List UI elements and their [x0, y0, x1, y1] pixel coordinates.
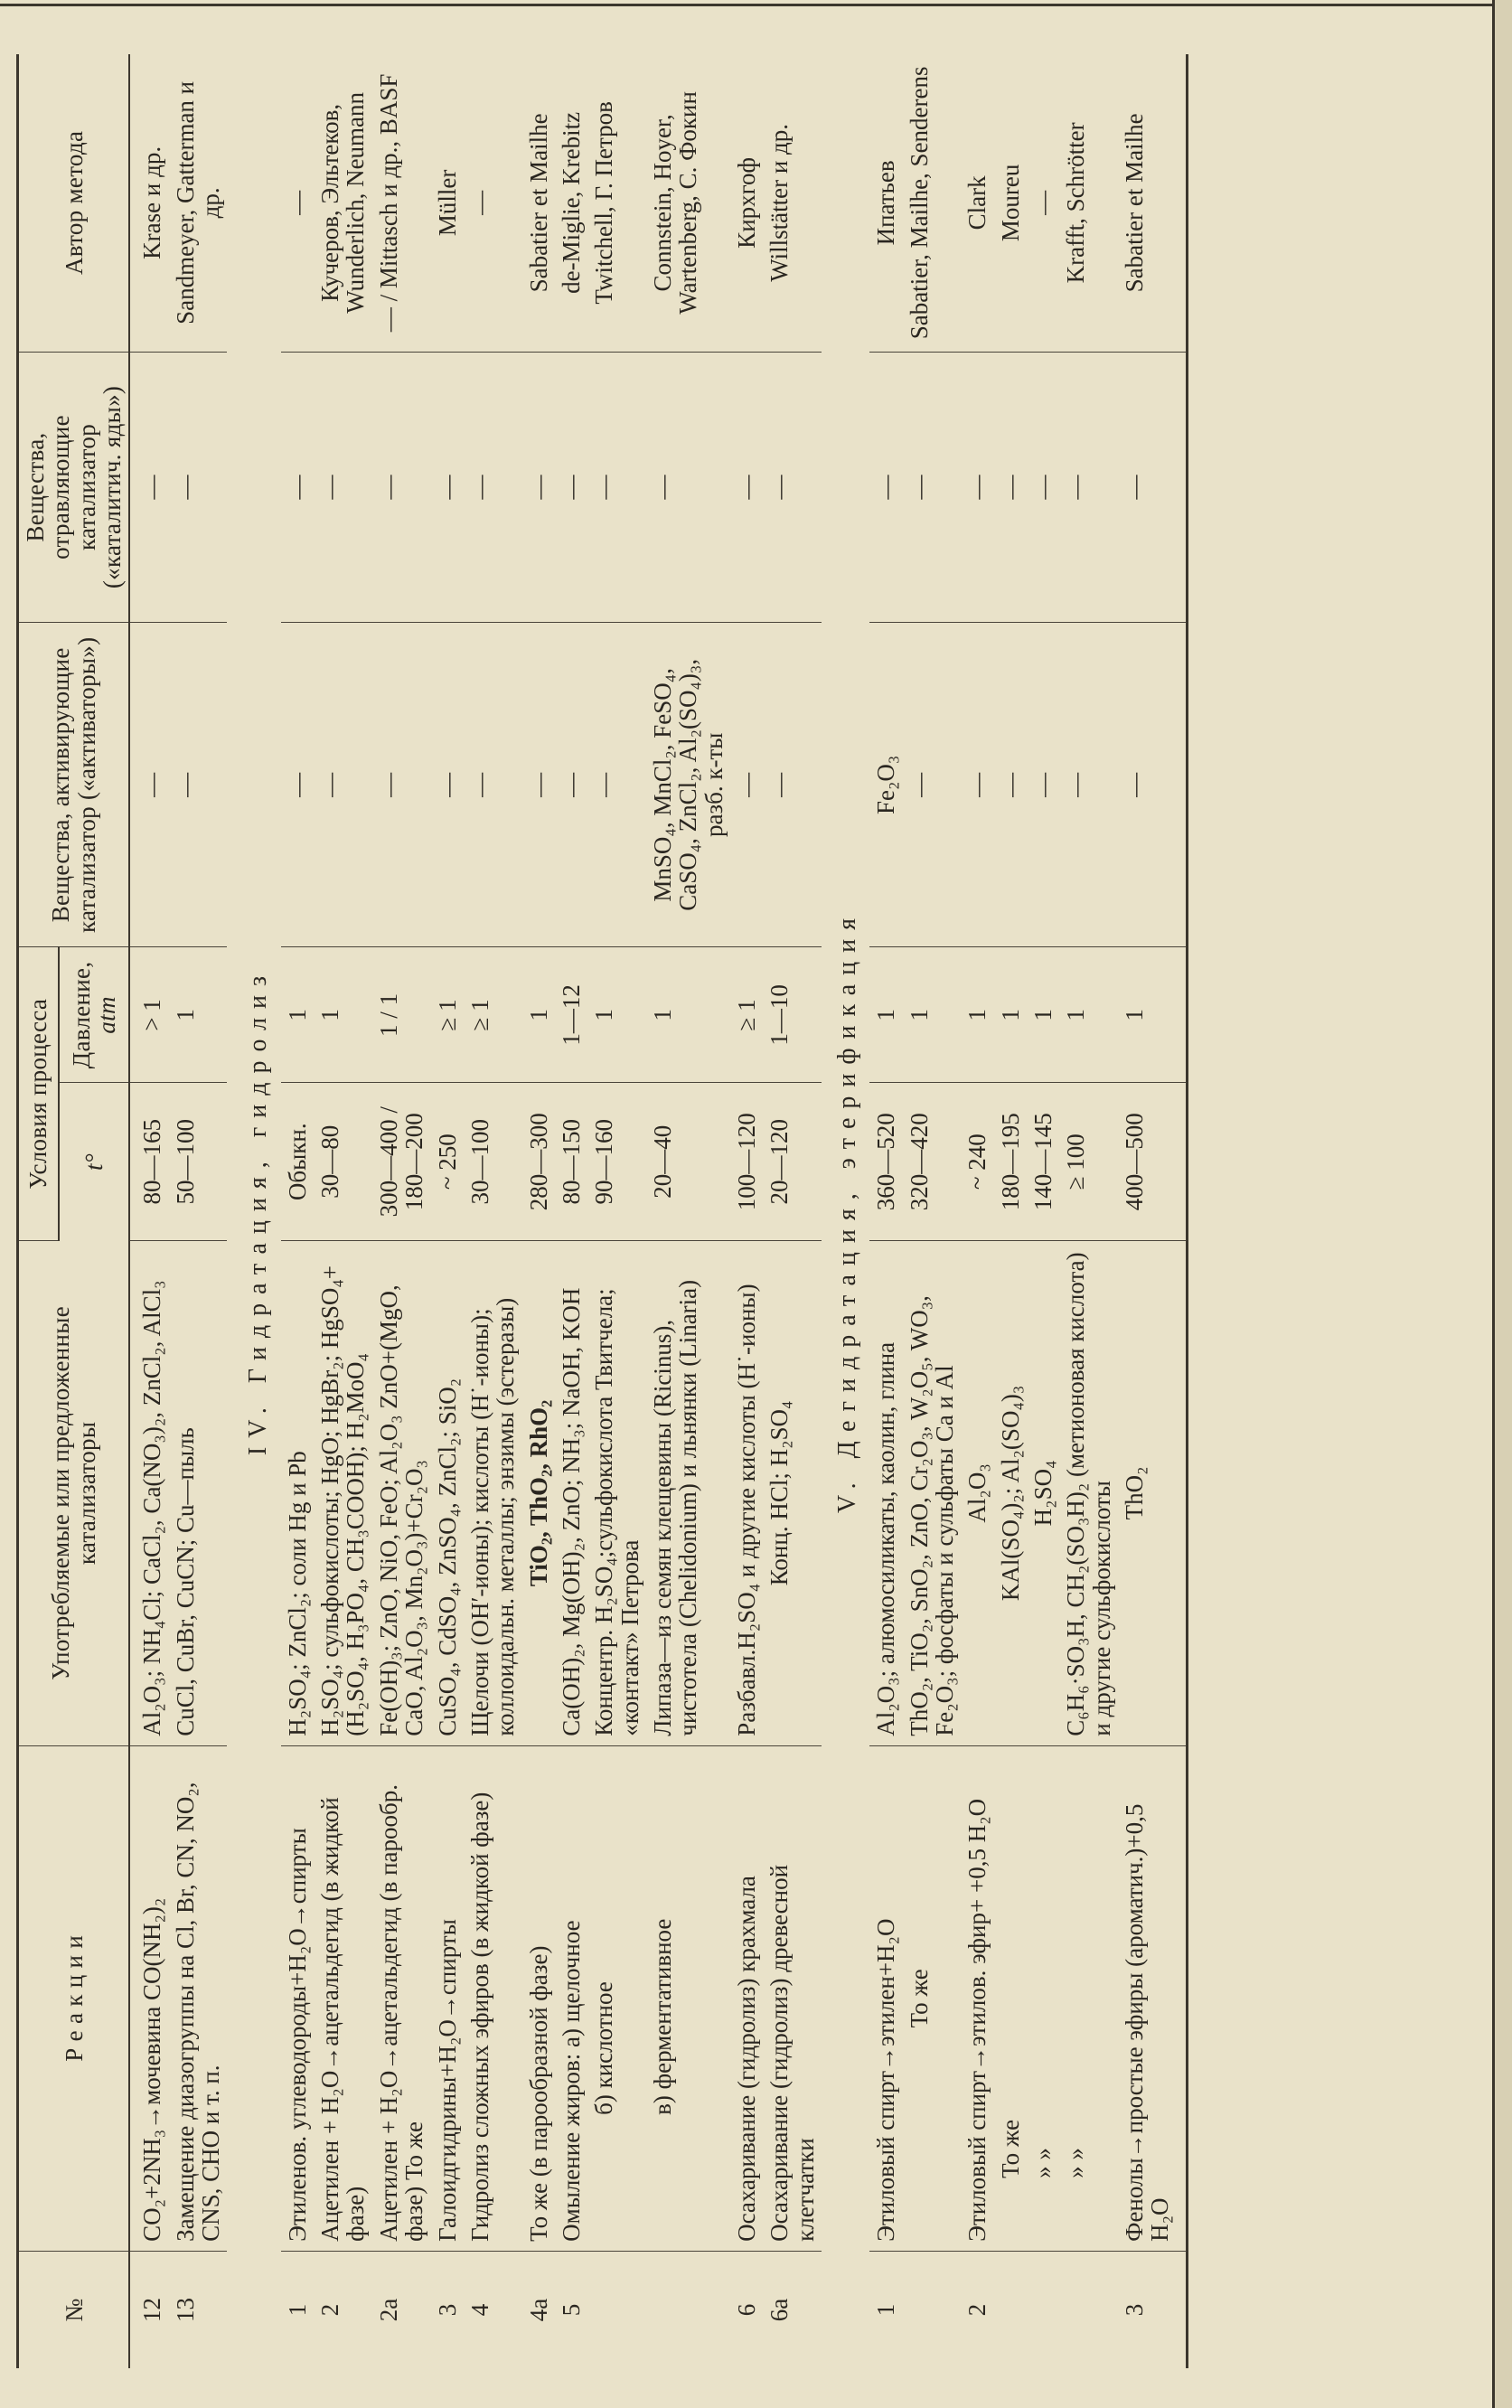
- row-activator: —: [555, 623, 587, 947]
- row-activator: —: [1118, 623, 1187, 947]
- row-pressure: 1: [961, 947, 993, 1083]
- row-activator: —: [314, 623, 372, 947]
- catalysis-table: № Р е а к ц и и Употребляемые или предло…: [16, 54, 1188, 2368]
- row-catalyst: C₆H₆·SO₃H, CH₂(SO₃H)₂ (метионовая кислот…: [1059, 1241, 1118, 1746]
- row-poison: —: [372, 352, 431, 622]
- row-catalyst: Концентр. H₂SO₄;сульфокислота Твитчела; …: [587, 1241, 646, 1746]
- row-no: 2: [314, 2251, 372, 2368]
- row-reaction: Ацетилен + H₂O→ацетальдегид (в парообр. …: [372, 1745, 431, 2251]
- row-activator: —: [1059, 623, 1118, 947]
- row-no: 4: [464, 2251, 522, 2368]
- table-row: 4а То же (в парообразной фазе) TiO₂, ThO…: [522, 54, 555, 2368]
- row-activator: —: [587, 623, 646, 947]
- row-no: 13: [169, 2251, 228, 2368]
- row-poison: —: [994, 352, 1027, 622]
- header-conditions: Условия процесса: [18, 947, 60, 1241]
- row-reaction: То же: [903, 1745, 962, 2251]
- row-catalyst: Ca(OH)₂, Mg(OH)₂, ZnO; NH₃; NaOH, KOH: [555, 1241, 587, 1746]
- table-row: 6а Осахаривание (гидролиз) древесной кле…: [763, 54, 822, 2368]
- row-reaction: Этиловый спирт→этилен+H₂O: [869, 1745, 902, 2251]
- row-catalyst: TiO₂, ThO₂, RhO₂: [522, 1241, 555, 1746]
- row-poison: —: [1059, 352, 1118, 622]
- row-catalyst: Липаза—из семян клещевины (Ricinus), чис…: [646, 1241, 730, 1746]
- top-rule: [0, 4, 1492, 6]
- row-temperature: 320—420: [903, 1083, 962, 1241]
- row-poison: —: [431, 352, 464, 622]
- row-author: Sabatier et Mailhe: [522, 54, 555, 352]
- header-poisons: Вещества, отравляющие катализатор («ката…: [18, 352, 130, 622]
- row-poison: —: [314, 352, 372, 622]
- table-row: » » H₂SO₄ 140—145 1 — — —: [1027, 54, 1059, 2368]
- row-temperature: 20—40: [646, 1083, 730, 1241]
- row-catalyst: Fe(OH)₃; ZnO, NiO, FeO; Al₂O₃ ZnO+(MgO, …: [372, 1241, 431, 1746]
- row-reaction: Замещение диазогруппы на Cl, Br, CN, NO₂…: [169, 1745, 228, 2251]
- row-poison: —: [522, 352, 555, 622]
- row-reaction: То же (в парообразной фазе): [522, 1745, 555, 2251]
- row-reaction: » »: [1027, 1745, 1059, 2251]
- row-poison: —: [1118, 352, 1187, 622]
- row-no: [994, 2251, 1027, 2368]
- table-row: 13 Замещение диазогруппы на Cl, Br, CN, …: [169, 54, 228, 2368]
- row-pressure: 1: [1027, 947, 1059, 1083]
- row-author: Clark: [961, 54, 993, 352]
- row-reaction: Галоидгидрины+H₂O→спирты: [431, 1745, 464, 2251]
- row-pressure: ≥ 1: [730, 947, 763, 1083]
- row-author: Müller: [431, 54, 464, 352]
- row-no: 2: [961, 2251, 993, 2368]
- row-author: Krafft, Schrötter: [1059, 54, 1118, 352]
- row-poison: —: [961, 352, 993, 622]
- row-no: 1: [281, 2251, 314, 2368]
- table-row: 3 Фенолы→простые эфиры (ароматич.)+0,5 H…: [1118, 54, 1187, 2368]
- row-author: —: [1027, 54, 1059, 352]
- row-no: 6: [730, 2251, 763, 2368]
- row-poison: —: [730, 352, 763, 622]
- section-header-row: IV. Гидратация, гидролиз: [227, 54, 280, 2368]
- table-row: 2 Ацетилен + H₂O→ацетальдегид (в жидкой …: [314, 54, 372, 2368]
- row-temperature: 50—100: [169, 1083, 228, 1241]
- row-temperature: ≥ 100: [1059, 1083, 1118, 1241]
- row-author: Sandmeyer, Gatterman и др.: [169, 54, 228, 352]
- row-catalyst: ThO₂, TiO₂, SnO₂, ZnO, Cr₂O₃, W₂O₅, WO₃,…: [903, 1241, 962, 1746]
- row-no: [587, 2251, 646, 2368]
- header-reactions: Р е а к ц и и: [18, 1745, 130, 2251]
- row-temperature: 30—100: [464, 1083, 522, 1241]
- row-poison: —: [903, 352, 962, 622]
- row-activator: —: [281, 623, 314, 947]
- row-reaction: Осахаривание (гидролиз) крахмала: [730, 1745, 763, 2251]
- row-activator: —: [129, 623, 168, 947]
- row-author: Twitchell, Г. Петров: [587, 54, 646, 352]
- row-author: Krase и др.: [129, 54, 168, 352]
- row-no: 3: [431, 2251, 464, 2368]
- header-pressure: Давление, atm: [59, 947, 129, 1083]
- row-pressure: 1: [587, 947, 646, 1083]
- row-poison: —: [555, 352, 587, 622]
- row-reaction: Этиленов. углеводороды+H₂O→спирты: [281, 1745, 314, 2251]
- row-author: Willstätter и др.: [763, 54, 822, 352]
- table-row: То же ThO₂, TiO₂, SnO₂, ZnO, Cr₂O₃, W₂O₅…: [903, 54, 962, 2368]
- row-no: 1: [869, 2251, 902, 2368]
- table-row: б) кислотное Концентр. H₂SO₄;сульфокисло…: [587, 54, 646, 2368]
- row-temperature: 300—400 / 180—200: [372, 1083, 431, 1241]
- row-temperature: 30—80: [314, 1083, 372, 1241]
- row-temperature: ~ 250: [431, 1083, 464, 1241]
- row-reaction: б) кислотное: [587, 1745, 646, 2251]
- row-activator: —: [961, 623, 993, 947]
- row-catalyst: Разбавл.H₂SO₄ и другие кислоты (H˙-ионы): [730, 1241, 763, 1746]
- row-temperature: 140—145: [1027, 1083, 1059, 1241]
- header-no: №: [18, 2251, 130, 2368]
- row-catalyst: CuCl, CuBr, CuCN; Cu—пыль: [169, 1241, 228, 1746]
- row-activator: —: [994, 623, 1027, 947]
- row-poison: —: [1027, 352, 1059, 622]
- page-edge: [1492, 0, 1512, 2408]
- row-pressure: 1: [903, 947, 962, 1083]
- row-catalyst: H₂SO₄: [1027, 1241, 1059, 1746]
- table-row: 1 Этиленов. углеводороды+H₂O→спирты H₂SO…: [281, 54, 314, 2368]
- row-catalyst: ThO₂: [1118, 1241, 1187, 1746]
- rotated-page: № Р е а к ц и и Употребляемые или предло…: [7, 36, 1471, 2386]
- row-catalyst: CuSO₄, CdSO₄, ZnSO₄, ZnCl₂; SiO₂: [431, 1241, 464, 1746]
- table-row: » » C₆H₆·SO₃H, CH₂(SO₃H)₂ (метионовая ки…: [1059, 54, 1118, 2368]
- row-no: 5: [555, 2251, 587, 2368]
- row-activator: —: [372, 623, 431, 947]
- row-activator: —: [169, 623, 228, 947]
- row-pressure: 1: [869, 947, 902, 1083]
- row-no: 4а: [522, 2251, 555, 2368]
- row-no: [903, 2251, 962, 2368]
- row-pressure: ≥ 1: [464, 947, 522, 1083]
- row-temperature: Обыкн.: [281, 1083, 314, 1241]
- table-row: в) ферментативное Липаза—из семян клещев…: [646, 54, 730, 2368]
- group-dehydration: V. Дегидратация, этерификация 1 Этиловый…: [822, 54, 1187, 2368]
- row-activator: —: [522, 623, 555, 947]
- row-temperature: ~ 240: [961, 1083, 993, 1241]
- row-author: —: [464, 54, 522, 352]
- row-author: de-Miglie, Krebitz: [555, 54, 587, 352]
- table-row: 2 Этиловый спирт→этилов. эфир+ +0,5 H₂O …: [961, 54, 993, 2368]
- row-poison: —: [129, 352, 168, 622]
- row-activator: —: [431, 623, 464, 947]
- section-title: V. Дегидратация, этерификация: [822, 54, 869, 2368]
- row-no: 6а: [763, 2251, 822, 2368]
- row-temperature: 280—300: [522, 1083, 555, 1241]
- row-reaction: То же: [994, 1745, 1027, 2251]
- row-temperature: 360—520: [869, 1083, 902, 1241]
- row-activator: —: [1027, 623, 1059, 947]
- row-no: [646, 2251, 730, 2368]
- row-author: Connstein, Hoyer, Wartenberg, С. Фокин: [646, 54, 730, 352]
- row-poison: —: [646, 352, 730, 622]
- table-row: 12 CO₂+2NH₃→мочевина CO(NH₂)₂ Al₂O₃; NH₄…: [129, 54, 168, 2368]
- row-no: 3: [1118, 2251, 1187, 2368]
- row-pressure: 1: [314, 947, 372, 1083]
- row-poison: —: [281, 352, 314, 622]
- row-poison: —: [587, 352, 646, 622]
- row-pressure: > 1: [129, 947, 168, 1083]
- row-pressure: 1—10: [763, 947, 822, 1083]
- table-row: 6 Осахаривание (гидролиз) крахмала Разба…: [730, 54, 763, 2368]
- table-row: 4 Гидролиз сложных эфиров (в жидкой фазе…: [464, 54, 522, 2368]
- table-row: 3 Галоидгидрины+H₂O→спирты CuSO₄, CdSO₄,…: [431, 54, 464, 2368]
- row-temperature: 180—195: [994, 1083, 1027, 1241]
- header-activators: Вещества, активирующие катализатор («акт…: [18, 623, 130, 947]
- header-temperature: t°: [59, 1083, 129, 1241]
- row-no: [1059, 2251, 1118, 2368]
- row-author: — / Mittasch и др., BASF: [372, 54, 431, 352]
- row-activator: Fe₂O₃: [869, 623, 902, 947]
- row-temperature: 80—150: [555, 1083, 587, 1241]
- row-author: Кирхгоф: [730, 54, 763, 352]
- row-reaction: Ацетилен + H₂O→ацетальдегид (в жидкой фа…: [314, 1745, 372, 2251]
- row-poison: —: [763, 352, 822, 622]
- row-catalyst: Al₂O₃; NH₄Cl; CaCl₂, Ca(NO₃)₂, ZnCl₂, Al…: [129, 1241, 168, 1746]
- row-activator: —: [464, 623, 522, 947]
- row-pressure: 1: [994, 947, 1027, 1083]
- group-continued: 12 CO₂+2NH₃→мочевина CO(NH₂)₂ Al₂O₃; NH₄…: [129, 54, 227, 2368]
- row-no: 12: [129, 2251, 168, 2368]
- row-poison: —: [169, 352, 228, 622]
- row-catalyst: KAl(SO₄)₂; Al₂(SO₄)₃: [994, 1241, 1027, 1746]
- row-pressure: 1 / 1: [372, 947, 431, 1083]
- section-header-row: V. Дегидратация, этерификация: [822, 54, 869, 2368]
- row-reaction: Омыление жиров: а) щелочное: [555, 1745, 587, 2251]
- table-row: 2а Ацетилен + H₂O→ацетальдегид (в парооб…: [372, 54, 431, 2368]
- table-row: То же KAl(SO₄)₂; Al₂(SO₄)₃ 180—195 1 — —…: [994, 54, 1027, 2368]
- row-pressure: 1: [1059, 947, 1118, 1083]
- row-pressure: 1: [281, 947, 314, 1083]
- row-temperature: 80—165: [129, 1083, 168, 1241]
- row-reaction: Осахаривание (гидролиз) древесной клетча…: [763, 1745, 822, 2251]
- section-title: IV. Гидратация, гидролиз: [227, 54, 280, 2368]
- header-pressure-unit: atm: [93, 996, 120, 1033]
- header-catalysts: Употребляемые или предложенные катализат…: [18, 1241, 130, 1746]
- header-author: Автор метода: [18, 54, 130, 352]
- row-reaction: в) ферментативное: [646, 1745, 730, 2251]
- row-pressure: 1: [1118, 947, 1187, 1083]
- row-author: Sabatier, Mailhe, Senderens: [903, 54, 962, 352]
- row-catalyst: Конц. HCl; H₂SO₄: [763, 1241, 822, 1746]
- row-catalyst: H₂SO₄; ZnCl₂; соли Hg и Pb: [281, 1241, 314, 1746]
- row-pressure: 1: [522, 947, 555, 1083]
- row-catalyst: Al₂O₃; алюмосиликаты, каолин, глина: [869, 1241, 902, 1746]
- row-author: Кучеров, Эльтеков, Wunderlich, Neumann: [314, 54, 372, 352]
- row-reaction: Этиловый спирт→этилов. эфир+ +0,5 H₂O: [961, 1745, 993, 2251]
- row-author: —: [281, 54, 314, 352]
- row-reaction: CO₂+2NH₃→мочевина CO(NH₂)₂: [129, 1745, 168, 2251]
- row-reaction: » »: [1059, 1745, 1118, 2251]
- row-activator: —: [730, 623, 763, 947]
- row-activator: —: [903, 623, 962, 947]
- row-author: Sabatier et Mailhe: [1118, 54, 1187, 352]
- row-reaction: Гидролиз сложных эфиров (в жидкой фазе): [464, 1745, 522, 2251]
- row-poison: —: [464, 352, 522, 622]
- row-catalyst: Al₂O₃: [961, 1241, 993, 1746]
- header-pressure-label: Давление,: [68, 962, 95, 1069]
- row-temperature: 400—500: [1118, 1083, 1187, 1241]
- row-no: [1027, 2251, 1059, 2368]
- row-temperature: 100—120: [730, 1083, 763, 1241]
- row-no: 2а: [372, 2251, 431, 2368]
- row-poison: —: [869, 352, 902, 622]
- table-row: 1 Этиловый спирт→этилен+H₂O Al₂O₃; алюмо…: [869, 54, 902, 2368]
- table-row: 5 Омыление жиров: а) щелочное Ca(OH)₂, M…: [555, 54, 587, 2368]
- row-activator: MnSO₄, MnCl₂, FeSO₄, CaSO₄, ZnCl₂, Al₂(S…: [646, 623, 730, 947]
- row-pressure: 1—12: [555, 947, 587, 1083]
- row-temperature: 90—160: [587, 1083, 646, 1241]
- row-author: Moureu: [994, 54, 1027, 352]
- row-catalyst: H₂SO₄; сульфокислоты; HgO; HgBr₂; HgSO₄+…: [314, 1241, 372, 1746]
- row-author: Ипатьев: [869, 54, 902, 352]
- row-catalyst: Щелочи (OH′-ионы); кислоты (H˙-ионы); ко…: [464, 1241, 522, 1746]
- row-activator: —: [763, 623, 822, 947]
- row-pressure: 1: [169, 947, 228, 1083]
- row-temperature: 20—120: [763, 1083, 822, 1241]
- group-hydration: IV. Гидратация, гидролиз 1 Этиленов. угл…: [227, 54, 822, 2368]
- row-pressure: ≥ 1: [431, 947, 464, 1083]
- row-pressure: 1: [646, 947, 730, 1083]
- row-reaction: Фенолы→простые эфиры (ароматич.)+0,5 H₂O: [1118, 1745, 1187, 2251]
